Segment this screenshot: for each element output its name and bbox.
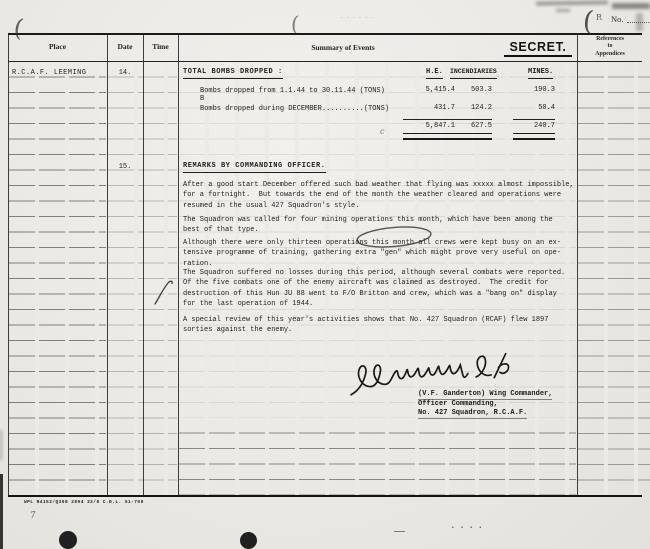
- bottom-dash-mark: [394, 531, 405, 532]
- pen-numeral-mark: 7: [29, 511, 36, 522]
- place-date-divider: [107, 33, 108, 495]
- hole-punch-mark: [59, 531, 77, 549]
- bombs-row-he: 431.7: [405, 104, 455, 112]
- bombs-total-incendiaries: 627.5: [450, 119, 492, 130]
- header-separator-line: [8, 61, 642, 62]
- signature-unit-line: No. 427 Squadron, R.C.A.F.: [418, 409, 527, 419]
- table-left-border: [8, 33, 9, 495]
- pen-circle-annotation: [352, 223, 436, 251]
- total-double-rule: [450, 133, 492, 140]
- stray-typed-character: B: [200, 94, 204, 104]
- place-entry: R.C.A.F. LEEMING: [12, 68, 86, 78]
- secret-stamp: SECRET.: [504, 40, 572, 57]
- date-time-divider: [143, 33, 144, 495]
- column-header-references: References to Appendices: [578, 36, 642, 58]
- pen-tick-mark: [152, 279, 176, 305]
- top-dotted-marks: · · · · · ·: [341, 15, 374, 21]
- bombs-row-label: Bombs dropped from 1.1.44 to 30.11.44 (T…: [200, 86, 385, 96]
- column-header-date: Date: [107, 42, 143, 51]
- table-top-border: [8, 33, 642, 35]
- bombs-column-mines: MINES.: [528, 67, 553, 79]
- bombs-row-label: Bombs dropped during DECEMBER..........(…: [200, 104, 389, 114]
- table-bottom-border: [8, 495, 642, 497]
- remarks-paragraph-4: The Squadron suffered no losses during t…: [183, 268, 565, 309]
- summary-column-bottom-rules: [179, 418, 576, 495]
- bottom-dotted-marks: • • • •: [452, 525, 484, 531]
- signature-name-line: (V.F. Ganderton) Wing Commander,: [418, 390, 552, 400]
- place-column-rules: [9, 62, 106, 495]
- scanned-operations-record-page: Place Date Time Summary of Events Refere…: [0, 0, 650, 549]
- scan-smudge: [536, 0, 608, 5]
- total-double-rule: [403, 133, 455, 140]
- remarks-section-title: REMARKS BY COMMANDING OFFICER.: [183, 161, 326, 173]
- scan-smudge: [556, 9, 570, 12]
- bombs-row-mines: 50.4: [515, 104, 555, 112]
- page-letter-mark: R: [596, 13, 602, 22]
- bombs-total-he: 5,847.1: [403, 119, 455, 130]
- bombs-section-title: TOTAL BOMBS DROPPED :: [183, 67, 283, 79]
- signature-title-line: Officer Commanding,: [418, 400, 498, 409]
- bombs-row-incendiaries: 124.2: [452, 104, 492, 112]
- pen-parenthesis-mark: (: [290, 12, 300, 37]
- pen-letter-mark: c: [380, 127, 384, 136]
- remarks-paragraph-5: A special review of this year's activiti…: [183, 315, 548, 336]
- date-entry-14: 14.: [107, 68, 143, 78]
- column-header-time: Time: [143, 42, 178, 51]
- time-summary-divider: [178, 33, 179, 495]
- column-header-summary: Summary of Events: [178, 43, 508, 52]
- scan-smudge: [0, 430, 2, 460]
- scan-smudge: [612, 3, 650, 9]
- page-number-label: No.: [611, 14, 624, 24]
- left-edge-binding-mark: [0, 474, 3, 549]
- bombs-column-incendiaries: INCENDIARIES: [450, 67, 497, 79]
- summary-references-divider: [577, 33, 578, 495]
- scan-smudge: [636, 13, 643, 31]
- hole-punch-mark: [240, 532, 257, 549]
- form-print-code: WPL R4152/Q308 2894 32/8 C.B.L. 51-708: [24, 499, 144, 504]
- references-column-rules: [578, 62, 650, 495]
- bombs-row-mines: 190.3: [515, 86, 555, 94]
- bombs-row-he: 5,415.4: [405, 86, 455, 94]
- total-double-rule: [513, 133, 555, 140]
- date-entry-15: 15.: [107, 162, 143, 172]
- bombs-row-incendiaries: 503.3: [452, 86, 492, 94]
- column-header-place: Place: [8, 42, 107, 51]
- remarks-paragraph-1: After a good start December offered such…: [183, 180, 574, 211]
- pen-parenthesis-mark: (: [12, 13, 26, 42]
- bombs-total-mines: 240.7: [513, 119, 555, 130]
- bombs-column-he: H.E.: [426, 67, 443, 79]
